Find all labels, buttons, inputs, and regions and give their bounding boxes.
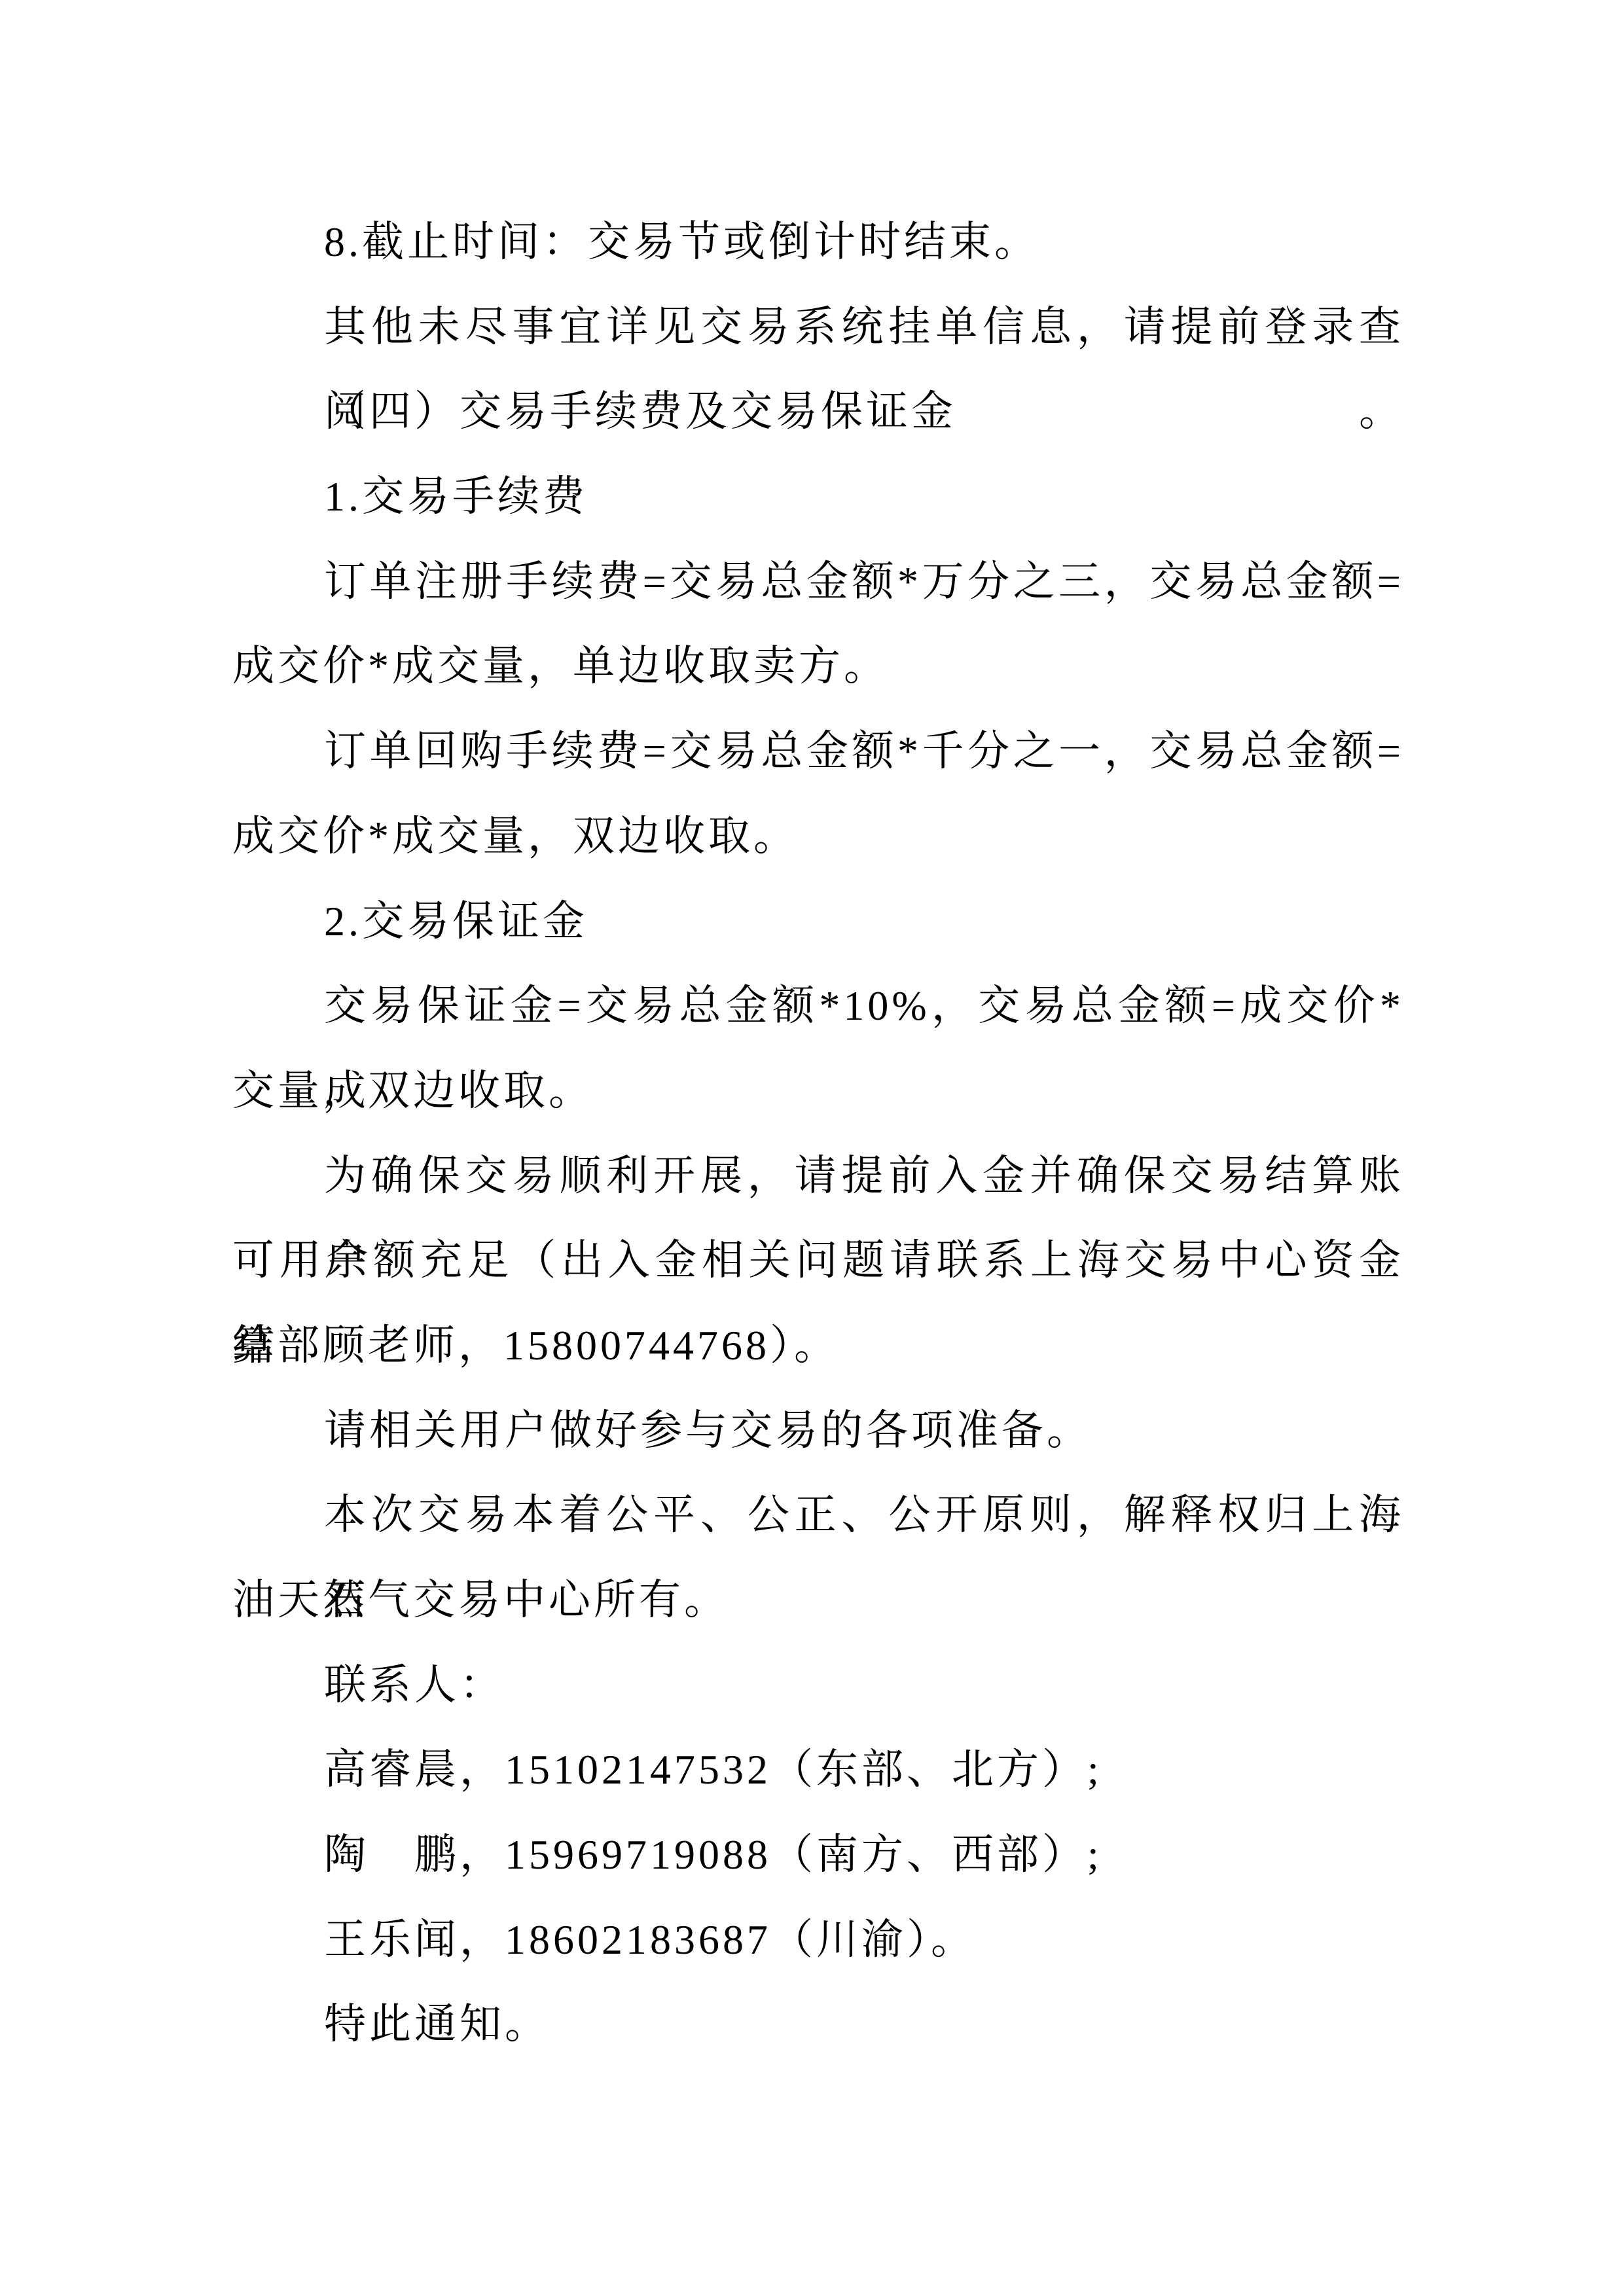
text-line: 2.交易保证金 xyxy=(232,879,1404,964)
text-line: 其他未尽事宜详见交易系统挂单信息，请提前登录查阅。 xyxy=(232,285,1404,370)
text-line: 请相关用户做好参与交易的各项准备。 xyxy=(232,1388,1404,1473)
text-line: 订单回购手续费=交易总金额*千分之一，交易总金额= xyxy=(232,709,1404,794)
text-line: 特此通知。 xyxy=(232,1982,1404,2067)
text-line: 陶 鹏，15969719088（南方、西部）; xyxy=(232,1812,1404,1897)
text-line: 可用余额充足（出入金相关问题请联系上海交易中心资金结 xyxy=(232,1218,1404,1303)
text-line: 高睿晨，15102147532（东部、北方）; xyxy=(232,1727,1404,1812)
text-line: 王乐闻，18602183687（川渝）。 xyxy=(232,1897,1404,1982)
text-line: 联系人： xyxy=(232,1643,1404,1728)
text-line: 为确保交易顺利开展，请提前入金并确保交易结算账户 xyxy=(232,1134,1404,1219)
text-line: 算部顾老师，15800744768）。 xyxy=(232,1303,1404,1388)
text-line: 油天然气交易中心所有。 xyxy=(232,1558,1404,1643)
text-line: 8.截止时间：交易节或倒计时结束。 xyxy=(232,200,1404,285)
text-line: 交量，双边收取。 xyxy=(232,1049,1404,1134)
text-line: 交易保证金=交易总金额*10%，交易总金额=成交价*成 xyxy=(232,963,1404,1049)
text-line: 订单注册手续费=交易总金额*万分之三，交易总金额= xyxy=(232,539,1404,624)
text-line: 1.交易手续费 xyxy=(232,454,1404,539)
text-line: 成交价*成交量，双边收取。 xyxy=(232,794,1404,879)
text-line: 成交价*成交量，单边收取卖方。 xyxy=(232,624,1404,709)
document-page: 8.截止时间：交易节或倒计时结束。其他未尽事宜详见交易系统挂单信息，请提前登录查… xyxy=(0,0,1624,2296)
text-line: 本次交易本着公平、公正、公开原则，解释权归上海石 xyxy=(232,1473,1404,1558)
document-body: 8.截止时间：交易节或倒计时结束。其他未尽事宜详见交易系统挂单信息，请提前登录查… xyxy=(232,200,1404,2067)
